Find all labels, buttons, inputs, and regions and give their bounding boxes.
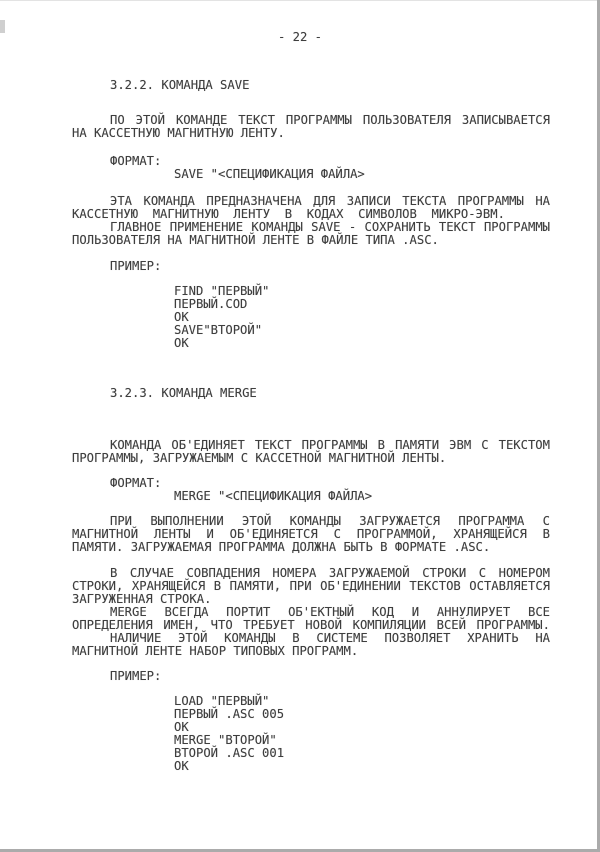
paragraph: В СЛУЧАЕ СОВПАДЕНИЯ НОМЕРА ЗАГРУЖАЕМОЙ С… [72, 567, 550, 606]
paragraph: ЭТА КОМАНДА ПРЕДНАЗНАЧЕНА ДЛЯ ЗАПИСИ ТЕК… [72, 195, 550, 221]
paragraph: ПО ЭТОЙ КОМАНДЕ ТЕКСТ ПРОГРАММЫ ПОЛЬЗОВА… [72, 114, 550, 140]
paragraph: MERGE ВСЕГДА ПОРТИТ ОБ'ЕКТНЫЙ КОД И АННУ… [72, 606, 550, 632]
scan-artifact-mark [0, 20, 5, 33]
scan-edge-top [0, 0, 600, 1]
code-line: ПЕРВЫЙ.COD [174, 298, 594, 311]
section-heading-save: 3.2.2. КОМАНДА SAVE [110, 79, 550, 92]
code-listing: FIND "ПЕРВЫЙ" ПЕРВЫЙ.COD OK SAVE"ВТОРОЙ"… [174, 285, 594, 350]
example-label: ПРИМЕР: [110, 670, 550, 683]
paragraph-line: ПОЛЬЗОВАТЕЛЯ НА МАГНИТНОЙ ЛЕНТЕ В ФАЙЛЕ … [72, 234, 550, 247]
document-page: - 22 - 3.2.2. КОМАНДА SAVE ПО ЭТОЙ КОМАН… [0, 0, 600, 852]
page-number: - 22 - [0, 31, 600, 44]
paragraph: КОМАНДА ОБ'ЕДИНЯЕТ ТЕКСТ ПРОГРАММЫ В ПАМ… [72, 439, 550, 465]
code-line: ПЕРВЫЙ .ASC 005 [174, 708, 594, 721]
paragraph-line: НА КАССЕТНУЮ МАГНИТНУЮ ЛЕНТУ. [72, 127, 550, 140]
paragraph: НАЛИЧИЕ ЭТОЙ КОМАНДЫ В СИСТЕМЕ ПОЗВОЛЯЕТ… [72, 632, 550, 658]
paragraph-line: ПАМЯТИ. ЗАГРУЖАЕМАЯ ПРОГРАММА ДОЛЖНА БЫТ… [72, 541, 550, 554]
paragraph: ПРИ ВЫПОЛНЕНИИ ЭТОЙ КОМАНДЫ ЗАГРУЖАЕТСЯ … [72, 515, 550, 554]
paragraph: ГЛАВНОЕ ПРИМЕНЕНИЕ КОМАНДЫ SAVE - СОХРАН… [72, 221, 550, 247]
paragraph-line: ПРОГРАММЫ, ЗАГРУЖАЕМЫМ С КАССЕТНОЙ МАГНИ… [72, 452, 550, 465]
code-line: SAVE"ВТОРОЙ" [174, 324, 594, 337]
format-value: SAVE "<СПЕЦИФИКАЦИЯ ФАЙЛА> [174, 168, 594, 181]
code-line: ВТОРОЙ .ASC 001 [174, 747, 594, 760]
paragraph-line: МАГНИТНОЙ ЛЕНТЕ НАБОР ТИПОВЫХ ПРОГРАММ. [72, 645, 550, 658]
code-listing: LOAD "ПЕРВЫЙ" ПЕРВЫЙ .ASC 005 OK MERGE "… [174, 695, 594, 773]
code-line: OK [174, 337, 594, 350]
example-label: ПРИМЕР: [110, 260, 550, 273]
format-value: MERGE "<СПЕЦИФИКАЦИЯ ФАЙЛА> [174, 490, 594, 503]
code-line: OK [174, 760, 594, 773]
section-heading-merge: 3.2.3. КОМАНДА MERGE [110, 387, 550, 400]
